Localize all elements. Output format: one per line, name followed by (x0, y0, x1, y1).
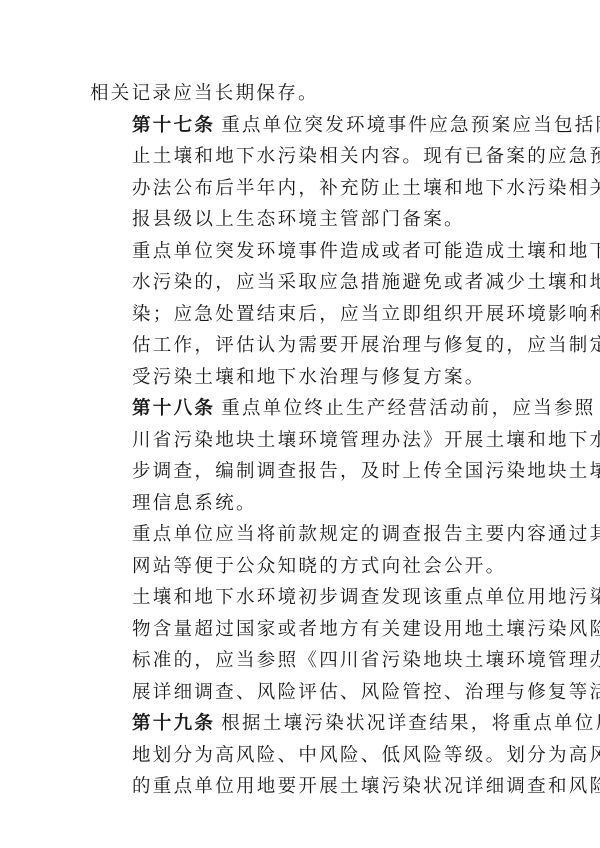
text-line: 标准的，应当参照《四川省污染地块土壤环境管理办法》开 (90, 645, 512, 677)
text-line: 重点单位突发环境事件应急预案应当包括防 (221, 115, 600, 136)
text-line: 重点单位应当将前款规定的调查报告主要内容通过其 (90, 519, 512, 551)
text-line: 展详细调查、风险评估、风险管控、治理与修复等活动。 (90, 677, 512, 709)
article-number: 第十七条 (132, 115, 215, 136)
text-line: 受污染土壤和地下水治理与修复方案。 (90, 362, 512, 394)
text-line: 理信息系统。 (90, 488, 512, 520)
document-page: 相关记录应当长期保存。 第十七条重点单位突发环境事件应急预案应当包括防 止土壤和… (90, 78, 512, 803)
paragraph-emergency-response: 重点单位突发环境事件造成或者可能造成土壤和地下 水污染的，应当采取应急措施避免或… (90, 236, 512, 394)
paragraph-detailed-survey: 土壤和地下水环境初步调查发现该重点单位用地污染 物含量超过国家或者地方有关建设用… (90, 582, 512, 708)
article-number: 第十八条 (132, 398, 215, 419)
paragraph-article-19: 第十九条根据土壤污染状况详查结果，将重点单位用 地划分为高风险、中风险、低风险等… (90, 708, 512, 803)
paragraph-article-17: 第十七条重点单位突发环境事件应急预案应当包括防 止土壤和地下水污染相关内容。现有… (90, 110, 512, 236)
text-line: 报县级以上生态环境主管部门备案。 (90, 204, 512, 236)
paragraph-record-keeping: 相关记录应当长期保存。 (90, 78, 512, 110)
paragraph-article-18: 第十八条重点单位终止生产经营活动前，应当参照《四 川省污染地块土壤环境管理办法》… (90, 393, 512, 519)
text-line: 根据土壤污染状况详查结果，将重点单位用 (221, 713, 600, 734)
text-line: 水污染的，应当采取应急措施避免或者减少土壤和地下水污 (90, 267, 512, 299)
article-number: 第十九条 (132, 713, 215, 734)
text-line: 重点单位终止生产经营活动前，应当参照《四 (221, 398, 600, 419)
text-line: 重点单位突发环境事件造成或者可能造成土壤和地下 (90, 236, 512, 268)
text-line: 染；应急处置结束后，应当立即组织开展环境影响和损害评 (90, 299, 512, 331)
text-line: 相关记录应当长期保存。 (90, 78, 512, 110)
text-line: 步调查，编制调查报告，及时上传全国污染地块土壤环境管 (90, 456, 512, 488)
text-line: 土壤和地下水环境初步调查发现该重点单位用地污染 (90, 582, 512, 614)
text-line: 办法公布后半年内，补充防止土壤和地下水污染相关内容， (90, 173, 512, 205)
paragraph-public-disclosure: 重点单位应当将前款规定的调查报告主要内容通过其 网站等便于公众知晓的方式向社会公… (90, 519, 512, 582)
text-line: 止土壤和地下水污染相关内容。现有已备案的应急预案在本 (90, 141, 512, 173)
text-line: 估工作，评估认为需要开展治理与修复的，应当制定并落实 (90, 330, 512, 362)
text-line: 网站等便于公众知晓的方式向社会公开。 (90, 551, 512, 583)
text-line: 地划分为高风险、中风险、低风险等级。划分为高风险等级 (90, 740, 512, 772)
text-line: 川省污染地块土壤环境管理办法》开展土壤和地下水环境初 (90, 425, 512, 457)
text-line: 的重点单位用地要开展土壤污染状况详细调查和风险评估， (90, 771, 512, 803)
text-line: 物含量超过国家或者地方有关建设用地土壤污染风险管控 (90, 614, 512, 646)
